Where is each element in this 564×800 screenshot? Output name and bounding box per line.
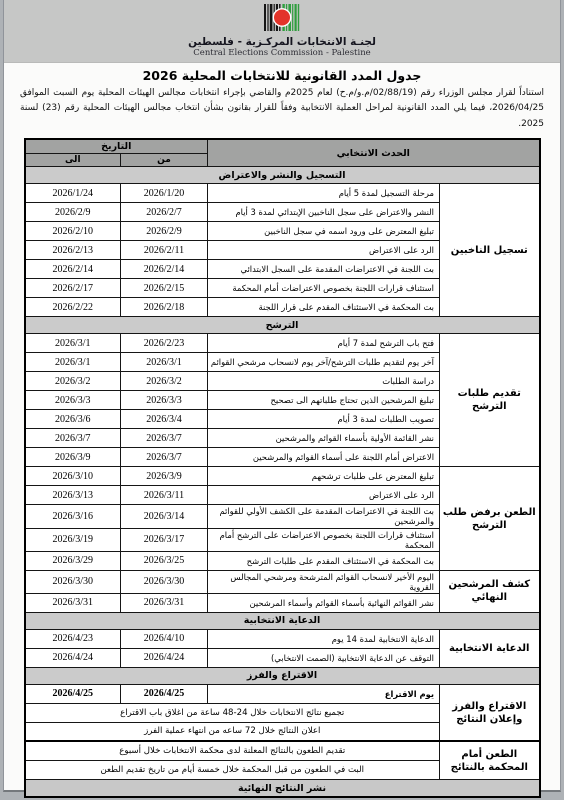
event-cell: الدعاية الانتخابية لمدة 14 يوم <box>208 629 440 648</box>
category-cell: الدعاية الانتخابية <box>440 629 540 667</box>
date-to-cell: 2026/3/19 <box>25 528 121 551</box>
table-row: كشف المرشحين النهائياليوم الأخير لانسحاب… <box>25 570 540 593</box>
event-cell: تبليغ المعترض على طلبات ترشحهم <box>208 467 440 486</box>
date-to-cell: 2026/3/30 <box>25 570 121 593</box>
event-cell: فتح باب الترشح لمدة 7 أيام <box>208 334 440 353</box>
date-from-cell: 2026/4/25 <box>121 684 208 703</box>
date-to-cell: 2026/3/6 <box>25 410 121 429</box>
date-from-cell: 2026/3/2 <box>121 372 208 391</box>
event-cell: بت اللجنة في الاعتراضات المقدمة على الكش… <box>208 505 440 528</box>
date-from-cell: 2026/4/24 <box>121 648 208 667</box>
final-results-row: نشر النتائج النهائية <box>25 779 540 797</box>
date-to-cell: 2026/3/2 <box>25 372 121 391</box>
merged-event-cell: البت في الطعون من قبل المحكمة خلال خمسة … <box>25 760 440 779</box>
section-header-row: الترشح <box>25 317 540 334</box>
event-cell: تبليغ المعترض على ورود اسمه في سجل الناخ… <box>208 222 440 241</box>
to-column-header: الى <box>25 154 121 167</box>
event-cell: التوقف عن الدعاية الانتخابية (الصمت الان… <box>208 648 440 667</box>
date-from-cell: 2026/3/4 <box>121 410 208 429</box>
date-to-cell: 2026/4/24 <box>25 648 121 667</box>
table-row: الدعاية الانتخابيةالدعاية الانتخابية لمد… <box>25 629 540 648</box>
date-from-cell: 2026/3/25 <box>121 551 208 570</box>
table-row: الاقتراع والفرز وإعلان النتائجيوم الاقتر… <box>25 684 540 703</box>
date-from-cell: 2026/3/31 <box>121 593 208 612</box>
date-from-cell: 2026/1/20 <box>121 184 208 203</box>
date-to-cell: 2026/3/3 <box>25 391 121 410</box>
event-column-header: الحدث الانتخابي <box>208 139 540 167</box>
date-to-cell: 2026/2/17 <box>25 279 121 298</box>
date-to-cell: 2026/3/10 <box>25 467 121 486</box>
date-from-cell: 2026/2/11 <box>121 241 208 260</box>
event-cell: الرد على الاعتراض <box>208 486 440 505</box>
event-cell: الرد على الاعتراض <box>208 241 440 260</box>
section-header-row: التسجيل والنشر والاعتراض <box>25 167 540 184</box>
section-header-cell: الدعاية الانتخابية <box>25 612 540 629</box>
category-cell: الطعن أمام المحكمة بالنتائج <box>440 741 540 779</box>
date-to-cell: 2026/3/13 <box>25 486 121 505</box>
date-column-header: التاريخ <box>25 139 208 154</box>
event-cell: آخر يوم لتقديم طلبات الترشح/آخر يوم لانس… <box>208 353 440 372</box>
legal-periods-table: الحدث الانتخابي التاريخ من الى التسجيل و… <box>24 138 541 798</box>
category-cell: تسجيل الناخبين <box>440 184 540 317</box>
category-cell: الاقتراع والفرز وإعلان النتائج <box>440 684 540 741</box>
category-cell: الطعن برفض طلب الترشح <box>440 467 540 570</box>
section-header-row: الاقتراع والفرز <box>25 667 540 684</box>
event-cell: استئناف قرارات اللجنة بخصوص الاعتراضات ع… <box>208 528 440 551</box>
merged-event-cell: تجميع نتائج الانتخابات خلال 24-48 ساعة م… <box>25 703 440 722</box>
cec-flag-barcode-logo-icon <box>263 4 301 35</box>
section-header-row: الدعاية الانتخابية <box>25 612 540 629</box>
document-page: لجنـة الانتخابات المركـزية - فلسطين Cent… <box>3 0 561 792</box>
org-name-english: Central Elections Commission - Palestine <box>193 48 370 58</box>
date-from-cell: 2026/3/17 <box>121 528 208 551</box>
date-from-cell: 2026/2/23 <box>121 334 208 353</box>
event-cell: دراسة الطلبات <box>208 372 440 391</box>
table-row: الطعن أمام المحكمة بالنتائجتقديم الطعون … <box>25 741 540 760</box>
merged-event-cell: اعلان النتائج خلال 72 ساعه من انتهاء عمل… <box>25 722 440 741</box>
event-cell: بت المحكمة في الاستئناف المقدم على قرار … <box>208 298 440 317</box>
page-title: جدول المدد القانونية للانتخابات المحلية … <box>4 68 560 83</box>
date-from-cell: 2026/3/11 <box>121 486 208 505</box>
category-cell: تقديم طلبات الترشح <box>440 334 540 467</box>
date-to-cell: 2026/3/9 <box>25 448 121 467</box>
date-to-cell: 2026/2/13 <box>25 241 121 260</box>
merged-event-cell: تقديم الطعون بالنتائج المعلنة لدى محكمة … <box>25 741 440 760</box>
date-from-cell: 2026/3/3 <box>121 391 208 410</box>
section-header-cell: التسجيل والنشر والاعتراض <box>25 167 540 184</box>
date-from-cell: 2026/2/14 <box>121 260 208 279</box>
table-row: الطعن برفض طلب الترشحتبليغ المعترض على ط… <box>25 467 540 486</box>
event-cell: يوم الاقتراع <box>208 684 440 703</box>
date-to-cell: 2026/2/22 <box>25 298 121 317</box>
date-from-cell: 2026/3/14 <box>121 505 208 528</box>
event-cell: بت اللجنة في الاعتراضات المقدمة على السج… <box>208 260 440 279</box>
date-to-cell: 2026/3/16 <box>25 505 121 528</box>
date-to-cell: 2026/3/1 <box>25 353 121 372</box>
org-name-arabic: لجنـة الانتخابات المركـزية - فلسطين <box>188 36 376 48</box>
event-cell: استئناف قرارات اللجنة بخصوص الاعتراضات أ… <box>208 279 440 298</box>
category-cell: كشف المرشحين النهائي <box>440 570 540 612</box>
date-from-cell: 2026/2/18 <box>121 298 208 317</box>
date-from-cell: 2026/3/9 <box>121 467 208 486</box>
date-to-cell: 2026/3/1 <box>25 334 121 353</box>
section-header-cell: الترشح <box>25 317 540 334</box>
date-from-cell: 2026/2/15 <box>121 279 208 298</box>
date-to-cell: 2026/3/31 <box>25 593 121 612</box>
date-from-cell: 2026/4/10 <box>121 629 208 648</box>
event-cell: تصويب الطلبات لمدة 3 أيام <box>208 410 440 429</box>
final-results-cell: نشر النتائج النهائية <box>25 779 540 797</box>
date-from-cell: 2026/2/7 <box>121 203 208 222</box>
table-body: التسجيل والنشر والاعتراضتسجيل الناخبينمر… <box>25 167 540 779</box>
date-to-cell: 2026/3/7 <box>25 429 121 448</box>
date-to-cell: 2026/4/23 <box>25 629 121 648</box>
from-column-header: من <box>121 154 208 167</box>
event-cell: اليوم الأخير لانسحاب القوائم المترشحة وم… <box>208 570 440 593</box>
event-cell: بت المحكمة في الاستئناف المقدم على طلبات… <box>208 551 440 570</box>
date-from-cell: 2026/3/1 <box>121 353 208 372</box>
date-to-cell: 2026/4/25 <box>25 684 121 703</box>
intro-paragraph: استناداً لقرار مجلس الوزراء رقم (02/88/1… <box>4 86 560 132</box>
date-from-cell: 2026/3/7 <box>121 429 208 448</box>
event-cell: النشر والاعتراض على سجل الناخبين الإبتدا… <box>208 203 440 222</box>
date-to-cell: 2026/2/14 <box>25 260 121 279</box>
date-to-cell: 2026/3/29 <box>25 551 121 570</box>
date-to-cell: 2026/1/24 <box>25 184 121 203</box>
table-row: تسجيل الناخبينمرحلة التسجيل لمدة 5 أيام2… <box>25 184 540 203</box>
date-to-cell: 2026/2/10 <box>25 222 121 241</box>
date-to-cell: 2026/2/9 <box>25 203 121 222</box>
date-from-cell: 2026/3/7 <box>121 448 208 467</box>
date-from-cell: 2026/3/30 <box>121 570 208 593</box>
section-header-cell: الاقتراع والفرز <box>25 667 540 684</box>
event-cell: الاعتراض أمام اللجنة على أسماء القوائم و… <box>208 448 440 467</box>
event-cell: نشر القائمة الأولية بأسماء القوائم والمر… <box>208 429 440 448</box>
date-from-cell: 2026/2/9 <box>121 222 208 241</box>
event-cell: نشر القوائم النهائية بأسماء القوائم وأسم… <box>208 593 440 612</box>
header-banner: لجنـة الانتخابات المركـزية - فلسطين Cent… <box>4 0 560 63</box>
table-header: الحدث الانتخابي التاريخ من الى <box>25 139 540 167</box>
event-cell: مرحلة التسجيل لمدة 5 أيام <box>208 184 440 203</box>
event-cell: تبليغ المرشحين الذين تحتاج طلباتهم الى ت… <box>208 391 440 410</box>
table-row: تقديم طلبات الترشحفتح باب الترشح لمدة 7 … <box>25 334 540 353</box>
